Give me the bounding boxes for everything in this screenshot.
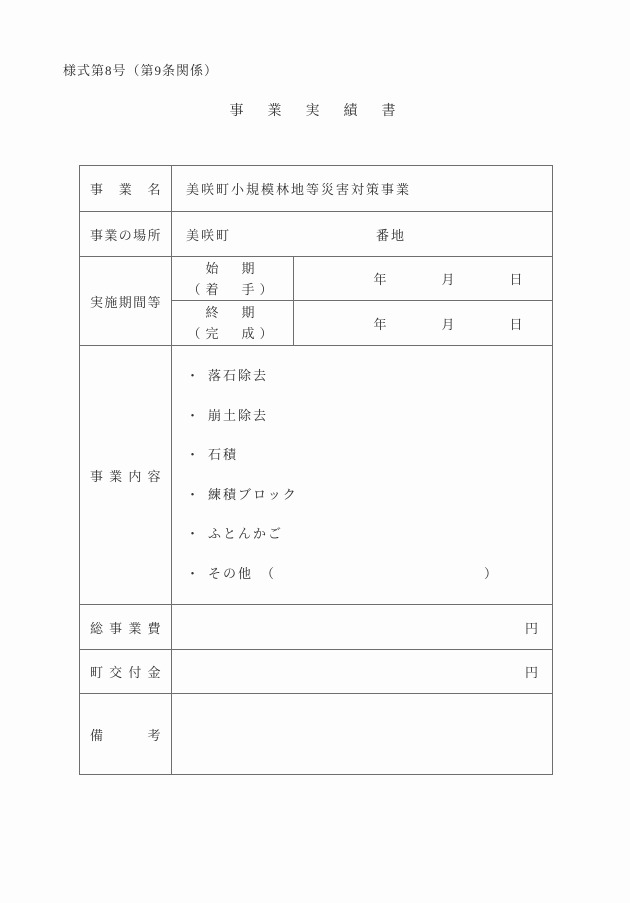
period-end-sub: （完 成） (172, 323, 293, 344)
document-page: 様式第8号（第9条関係） 事 業 実 績 書 事業名 美咲町小規模林地等災害対策… (0, 0, 630, 903)
total-cost-label-cell: 総事業費 (80, 605, 172, 650)
total-cost-value-cell: 円 (172, 605, 553, 650)
project-name-label: 事業名 (90, 179, 161, 198)
other-paren-close: ） (484, 566, 499, 581)
period-label: 実施期間等 (90, 292, 161, 311)
day-label: 日 (510, 269, 523, 288)
month-label: 月 (442, 269, 455, 288)
year-label: 年 (373, 269, 386, 288)
period-start-name: 始 期 (172, 258, 293, 279)
content-item-text: 練積ブロック (208, 487, 298, 502)
bullet-icon: ・ (186, 526, 201, 541)
period-start-date-cell: 年 月 日 (294, 257, 553, 301)
period-start-sub: （着 手） (172, 279, 293, 300)
period-end-date-cell: 年 月 日 (294, 301, 553, 346)
other-paren-open: （ (261, 566, 276, 581)
form-number: 様式第8号（第9条関係） (63, 60, 218, 79)
content-label-cell: 事業内容 (80, 346, 172, 605)
content-item: ・石積 (186, 446, 552, 464)
content-item-text: その他 (208, 566, 253, 581)
bullet-icon: ・ (186, 408, 201, 423)
bullet-icon: ・ (186, 487, 201, 502)
table-row-content: 事業内容 ・落石除去 ・崩土除去 ・石積 ・練積ブロック (80, 346, 553, 605)
content-item-text: 崩土除去 (208, 408, 268, 423)
total-cost-label: 総事業費 (90, 618, 161, 637)
remarks-value-cell (172, 694, 553, 775)
bullet-icon: ・ (186, 447, 201, 462)
project-name-label-cell: 事業名 (80, 166, 172, 212)
yen-unit-label: 円 (525, 621, 538, 636)
day-label: 日 (510, 314, 523, 333)
table-row-period-start: 実施期間等 始 期 （着 手） 年 月 日 (80, 257, 553, 301)
location-label: 事業の場所 (90, 225, 161, 244)
yen-unit-label: 円 (525, 665, 538, 680)
content-item: ・ふとんかご (186, 525, 552, 543)
location-label-cell: 事業の場所 (80, 212, 172, 257)
content-item: ・落石除去 (186, 367, 552, 385)
content-item-text: 落石除去 (208, 368, 268, 383)
period-end-label-cell: 終 期 （完 成） (172, 301, 294, 346)
content-item: ・練積ブロック (186, 486, 552, 504)
year-label: 年 (373, 314, 386, 333)
town-grant-label: 町交付金 (90, 662, 161, 681)
content-list: ・落石除去 ・崩土除去 ・石積 ・練積ブロック ・ふとんかご (172, 346, 552, 604)
location-town: 美咲町 (186, 228, 231, 243)
remarks-label: 備考 (90, 725, 161, 744)
table-row-town-grant: 町交付金 円 (80, 650, 553, 694)
period-start-label-cell: 始 期 （着 手） (172, 257, 294, 301)
town-grant-value-cell: 円 (172, 650, 553, 694)
location-lot-label: 番地 (376, 228, 406, 243)
location-value-cell: 美咲町番地 (172, 212, 553, 257)
content-value-cell: ・落石除去 ・崩土除去 ・石積 ・練積ブロック ・ふとんかご (172, 346, 553, 605)
content-item-text: 石積 (208, 447, 238, 462)
project-name-value-cell: 美咲町小規模林地等災害対策事業 (172, 166, 553, 212)
month-label: 月 (442, 314, 455, 333)
table-row-remarks: 備考 (80, 694, 553, 775)
table-row-total-cost: 総事業費 円 (80, 605, 553, 650)
period-end-name: 終 期 (172, 302, 293, 323)
content-item-text: ふとんかご (208, 526, 283, 541)
content-item: ・その他（） (186, 565, 552, 583)
form-table: 事業名 美咲町小規模林地等災害対策事業 事業の場所 美咲町番地 実施期間等 始 … (79, 165, 553, 775)
document-title: 事 業 実 績 書 (0, 100, 630, 120)
town-grant-label-cell: 町交付金 (80, 650, 172, 694)
project-name-value: 美咲町小規模林地等災害対策事業 (186, 182, 411, 197)
period-label-cell: 実施期間等 (80, 257, 172, 346)
bullet-icon: ・ (186, 368, 201, 383)
remarks-label-cell: 備考 (80, 694, 172, 775)
table-row-location: 事業の場所 美咲町番地 (80, 212, 553, 257)
content-label: 事業内容 (90, 466, 161, 485)
table-row-project-name: 事業名 美咲町小規模林地等災害対策事業 (80, 166, 553, 212)
content-item: ・崩土除去 (186, 407, 552, 425)
bullet-icon: ・ (186, 566, 201, 581)
